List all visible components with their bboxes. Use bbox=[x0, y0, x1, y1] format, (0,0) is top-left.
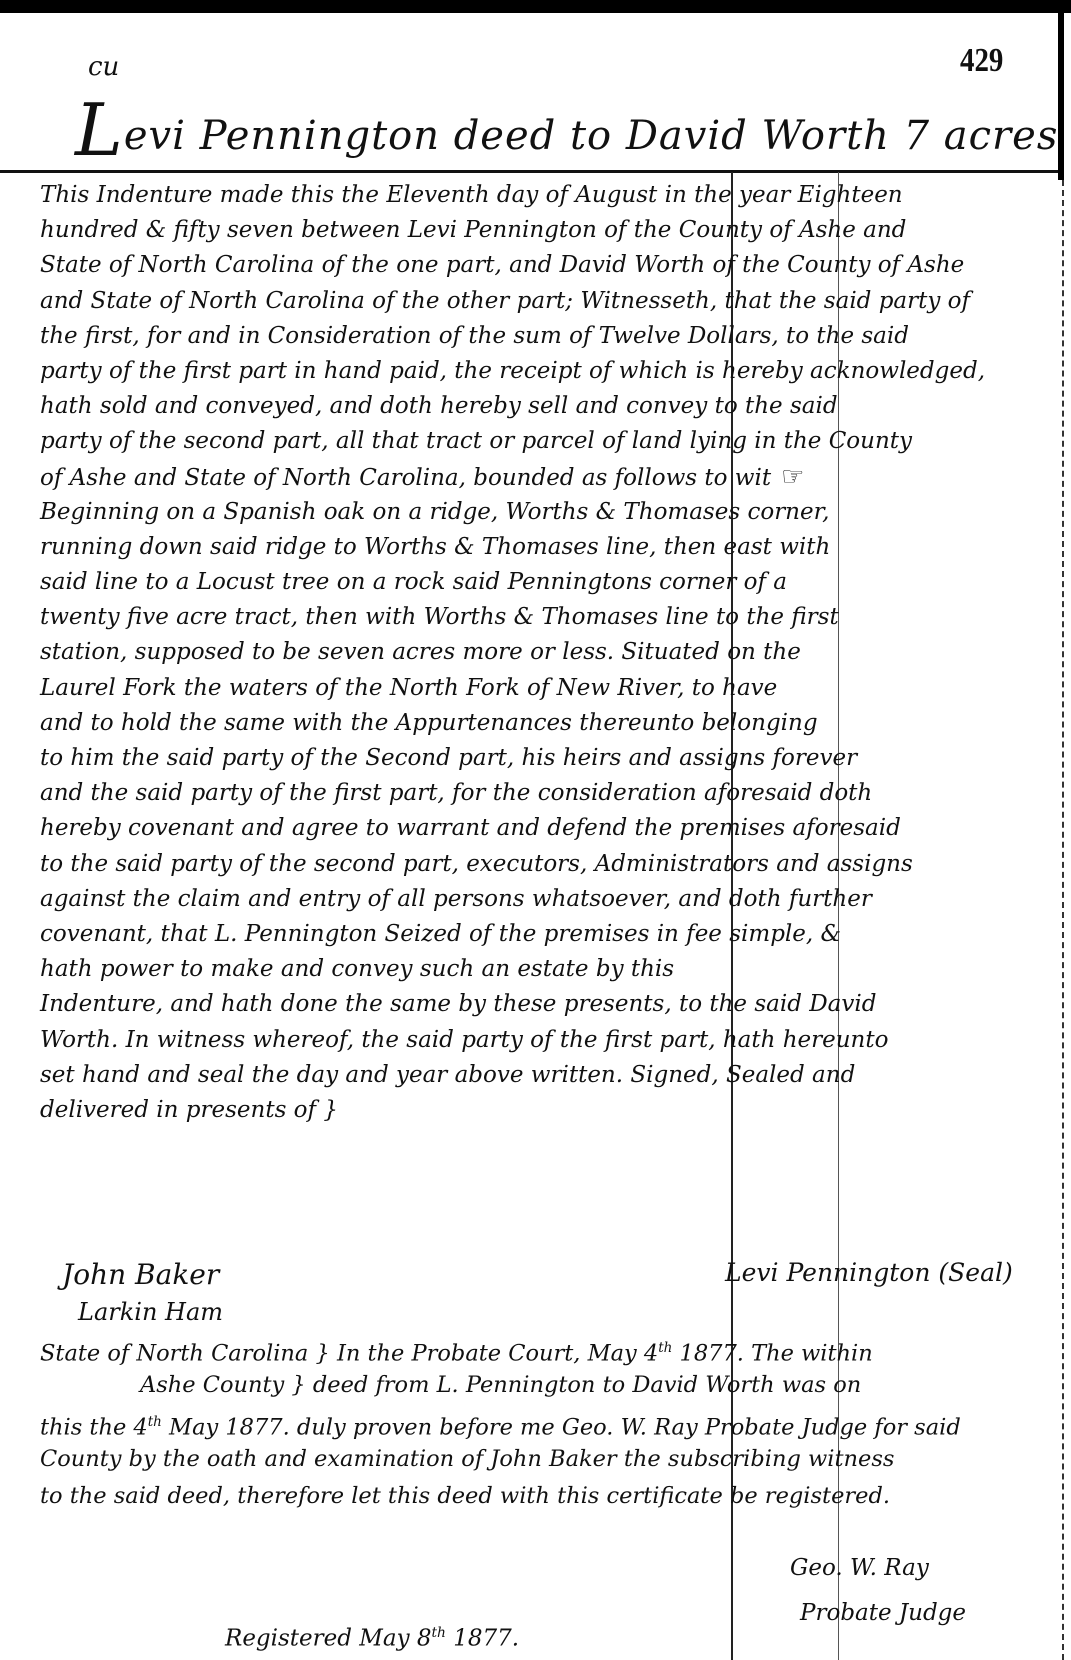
deed-line: Worth. In witness whereof, the said part… bbox=[40, 1023, 1050, 1058]
witness-signature: John Baker bbox=[62, 1258, 219, 1291]
page-number: 429 bbox=[960, 42, 1003, 80]
deed-line: said line to a Locust tree on a rock sai… bbox=[40, 565, 1050, 600]
deed-body: This Indenture made this the Eleventh da… bbox=[40, 178, 1050, 1128]
deed-line: to the said party of the second part, ex… bbox=[40, 847, 1050, 882]
judge-signature: Geo. W. Ray bbox=[790, 1555, 929, 1581]
probate-court: In the Probate Court, May 4 bbox=[337, 1341, 658, 1367]
page-edge-dotted bbox=[1062, 180, 1064, 1660]
deed-line: of Ashe and State of North Carolina, bou… bbox=[40, 460, 1050, 495]
deed-line: hath power to make and convey such an es… bbox=[40, 952, 1050, 987]
deed-heading: Levi Pennington deed to David Worth 7 ac… bbox=[75, 88, 1035, 172]
registration-text: Registered May 8 bbox=[225, 1626, 432, 1652]
judge-title: Probate Judge bbox=[800, 1600, 966, 1626]
deed-line: Beginning on a Spanish oak on a ridge, W… bbox=[40, 495, 1050, 530]
deed-line: covenant, that L. Pennington Seized of t… bbox=[40, 917, 1050, 952]
deed-line: This Indenture made this the Eleventh da… bbox=[40, 178, 1050, 213]
deed-line: party of the second part, all that tract… bbox=[40, 424, 1050, 459]
probate-certificate: State of North Carolina } In the Probate… bbox=[40, 1330, 1050, 1515]
deed-line: State of North Carolina of the one part,… bbox=[40, 248, 1050, 283]
deed-line: the first, for and in Consideration of t… bbox=[40, 319, 1050, 354]
probate-line: to the said deed, therefore let this dee… bbox=[40, 1478, 1050, 1515]
probate-line: State of North Carolina } In the Probate… bbox=[40, 1330, 1050, 1367]
deed-line: to him the said party of the Second part… bbox=[40, 741, 1050, 776]
scan-top-border bbox=[0, 0, 1071, 13]
probate-line: County by the oath and examination of Jo… bbox=[40, 1441, 1050, 1478]
ordinal-suffix: th bbox=[148, 1414, 162, 1430]
deed-line-text: of Ashe and State of North Carolina, bou… bbox=[40, 465, 771, 491]
probate-text: this the 4 bbox=[40, 1415, 148, 1441]
margin-mark: cu bbox=[88, 52, 119, 82]
probate-line: this the 4th May 1877. duly proven befor… bbox=[40, 1404, 1050, 1441]
probate-text: May 1877. duly proven before me Geo. W. … bbox=[162, 1415, 961, 1441]
deed-line: running down said ridge to Worths & Thom… bbox=[40, 530, 1050, 565]
deed-line: set hand and seal the day and year above… bbox=[40, 1058, 1050, 1093]
deed-line: and State of North Carolina of the other… bbox=[40, 284, 1050, 319]
deed-line: and the said party of the first part, fo… bbox=[40, 776, 1050, 811]
deed-line: twenty five acre tract, then with Worths… bbox=[40, 600, 1050, 635]
deed-line: Laurel Fork the waters of the North Fork… bbox=[40, 671, 1050, 706]
heading-initial: L bbox=[75, 88, 124, 172]
deed-line: party of the first part in hand paid, th… bbox=[40, 354, 1050, 389]
deed-line: delivered in presents of } bbox=[40, 1093, 1050, 1128]
probate-state: State of North Carolina } bbox=[40, 1341, 330, 1367]
registration-year: 1877. bbox=[446, 1626, 519, 1652]
deed-line: against the claim and entry of all perso… bbox=[40, 882, 1050, 917]
witness-signature: Larkin Ham bbox=[78, 1298, 223, 1326]
registration-note: Registered May 8th 1877. bbox=[225, 1625, 519, 1652]
pointing-hand-icon: ☞ bbox=[781, 460, 804, 495]
heading-text: evi Pennington deed to David Worth 7 acr… bbox=[124, 113, 1059, 159]
probate-county: Ashe County } bbox=[140, 1372, 306, 1398]
ordinal-suffix: th bbox=[658, 1340, 672, 1356]
probate-line: Ashe County } deed from L. Pennington to… bbox=[40, 1367, 1050, 1404]
scan-right-border bbox=[1058, 0, 1064, 180]
grantor-signature: Levi Pennington (Seal) bbox=[725, 1258, 1013, 1287]
ordinal-suffix: th bbox=[432, 1625, 446, 1641]
probate-text: 1877. The within bbox=[672, 1341, 872, 1367]
deed-line: hereby covenant and agree to warrant and… bbox=[40, 811, 1050, 846]
deed-line: Indenture, and hath done the same by the… bbox=[40, 987, 1050, 1022]
deed-line: hath sold and conveyed, and doth hereby … bbox=[40, 389, 1050, 424]
deed-line: hundred & fifty seven between Levi Penni… bbox=[40, 213, 1050, 248]
deed-line: station, supposed to be seven acres more… bbox=[40, 635, 1050, 670]
deed-line: and to hold the same with the Appurtenan… bbox=[40, 706, 1050, 741]
probate-text: deed from L. Pennington to David Worth w… bbox=[313, 1372, 861, 1398]
